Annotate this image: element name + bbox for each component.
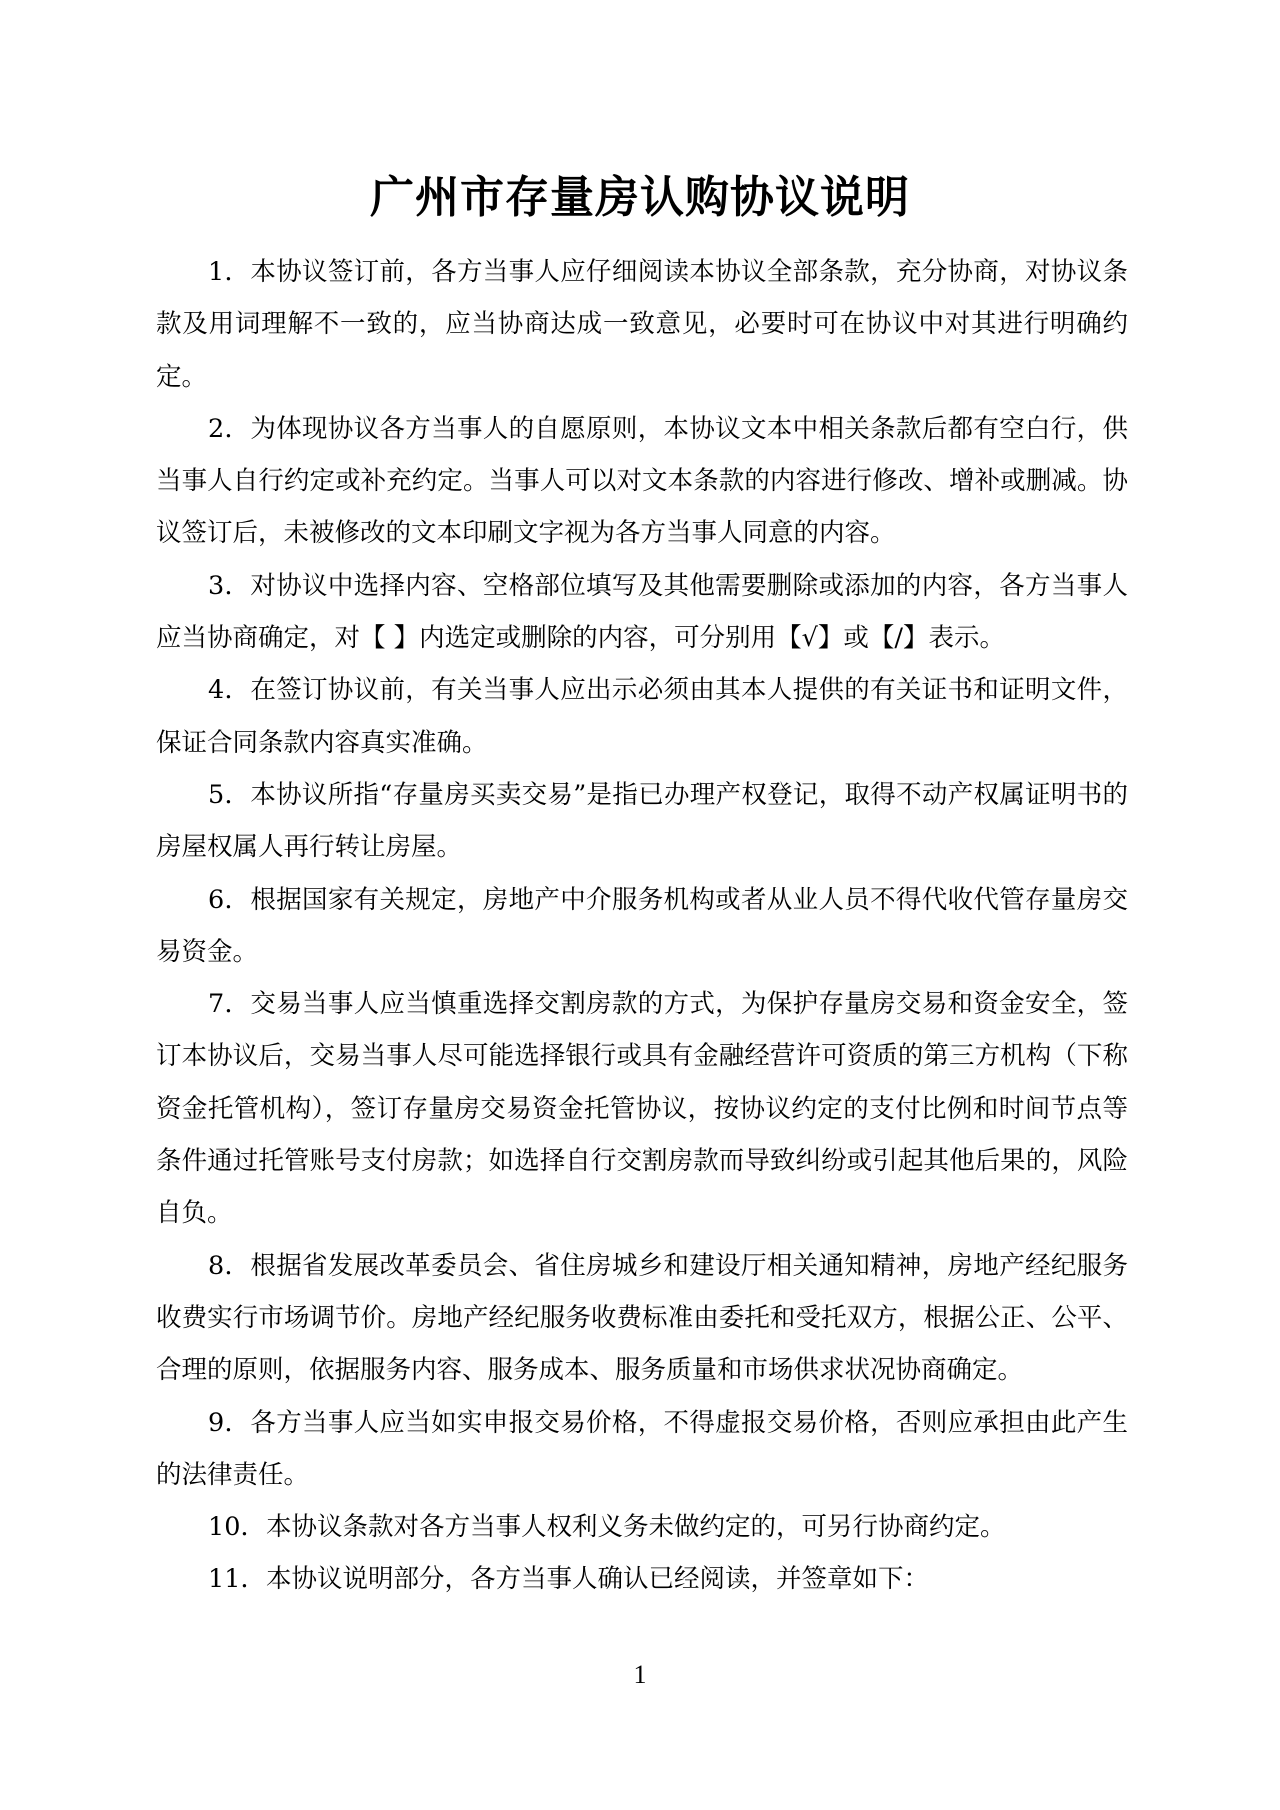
paragraph-5: 5．本协议所指“存量房买卖交易”是指已办理产权登记，取得不动产权属证明书的房屋权… — [156, 769, 1128, 874]
document-title: 广州市存量房认购协议说明 — [0, 168, 1280, 228]
document-body: 1．本协议签订前，各方当事人应仔细阅读本协议全部条款，充分协商，对协议条款及用词… — [156, 246, 1128, 1606]
paragraph-1: 1．本协议签订前，各方当事人应仔细阅读本协议全部条款，充分协商，对协议条款及用词… — [156, 246, 1128, 403]
paragraph-6: 6．根据国家有关规定，房地产中介服务机构或者从业人员不得代收代管存量房交易资金。 — [156, 874, 1128, 979]
paragraph-11: 11．本协议说明部分，各方当事人确认已经阅读，并签章如下： — [156, 1553, 1128, 1605]
paragraph-2: 2．为体现协议各方当事人的自愿原则，本协议文本中相关条款后都有空白行，供当事人自… — [156, 403, 1128, 560]
document-page: 广州市存量房认购协议说明 1．本协议签订前，各方当事人应仔细阅读本协议全部条款，… — [0, 0, 1280, 1810]
paragraph-9: 9．各方当事人应当如实申报交易价格，不得虚报交易价格，否则应承担由此产生的法律责… — [156, 1397, 1128, 1502]
paragraph-4: 4．在签订协议前，有关当事人应出示必须由其本人提供的有关证书和证明文件，保证合同… — [156, 664, 1128, 769]
paragraph-8: 8．根据省发展改革委员会、省住房城乡和建设厅相关通知精神，房地产经纪服务收费实行… — [156, 1240, 1128, 1397]
page-number: 1 — [0, 1660, 1280, 1690]
paragraph-3: 3．对协议中选择内容、空格部位填写及其他需要删除或添加的内容，各方当事人应当协商… — [156, 560, 1128, 665]
paragraph-7: 7．交易当事人应当慎重选择交割房款的方式，为保护存量房交易和资金安全，签订本协议… — [156, 978, 1128, 1239]
paragraph-10: 10．本协议条款对各方当事人权利义务未做约定的，可另行协商约定。 — [156, 1501, 1128, 1553]
